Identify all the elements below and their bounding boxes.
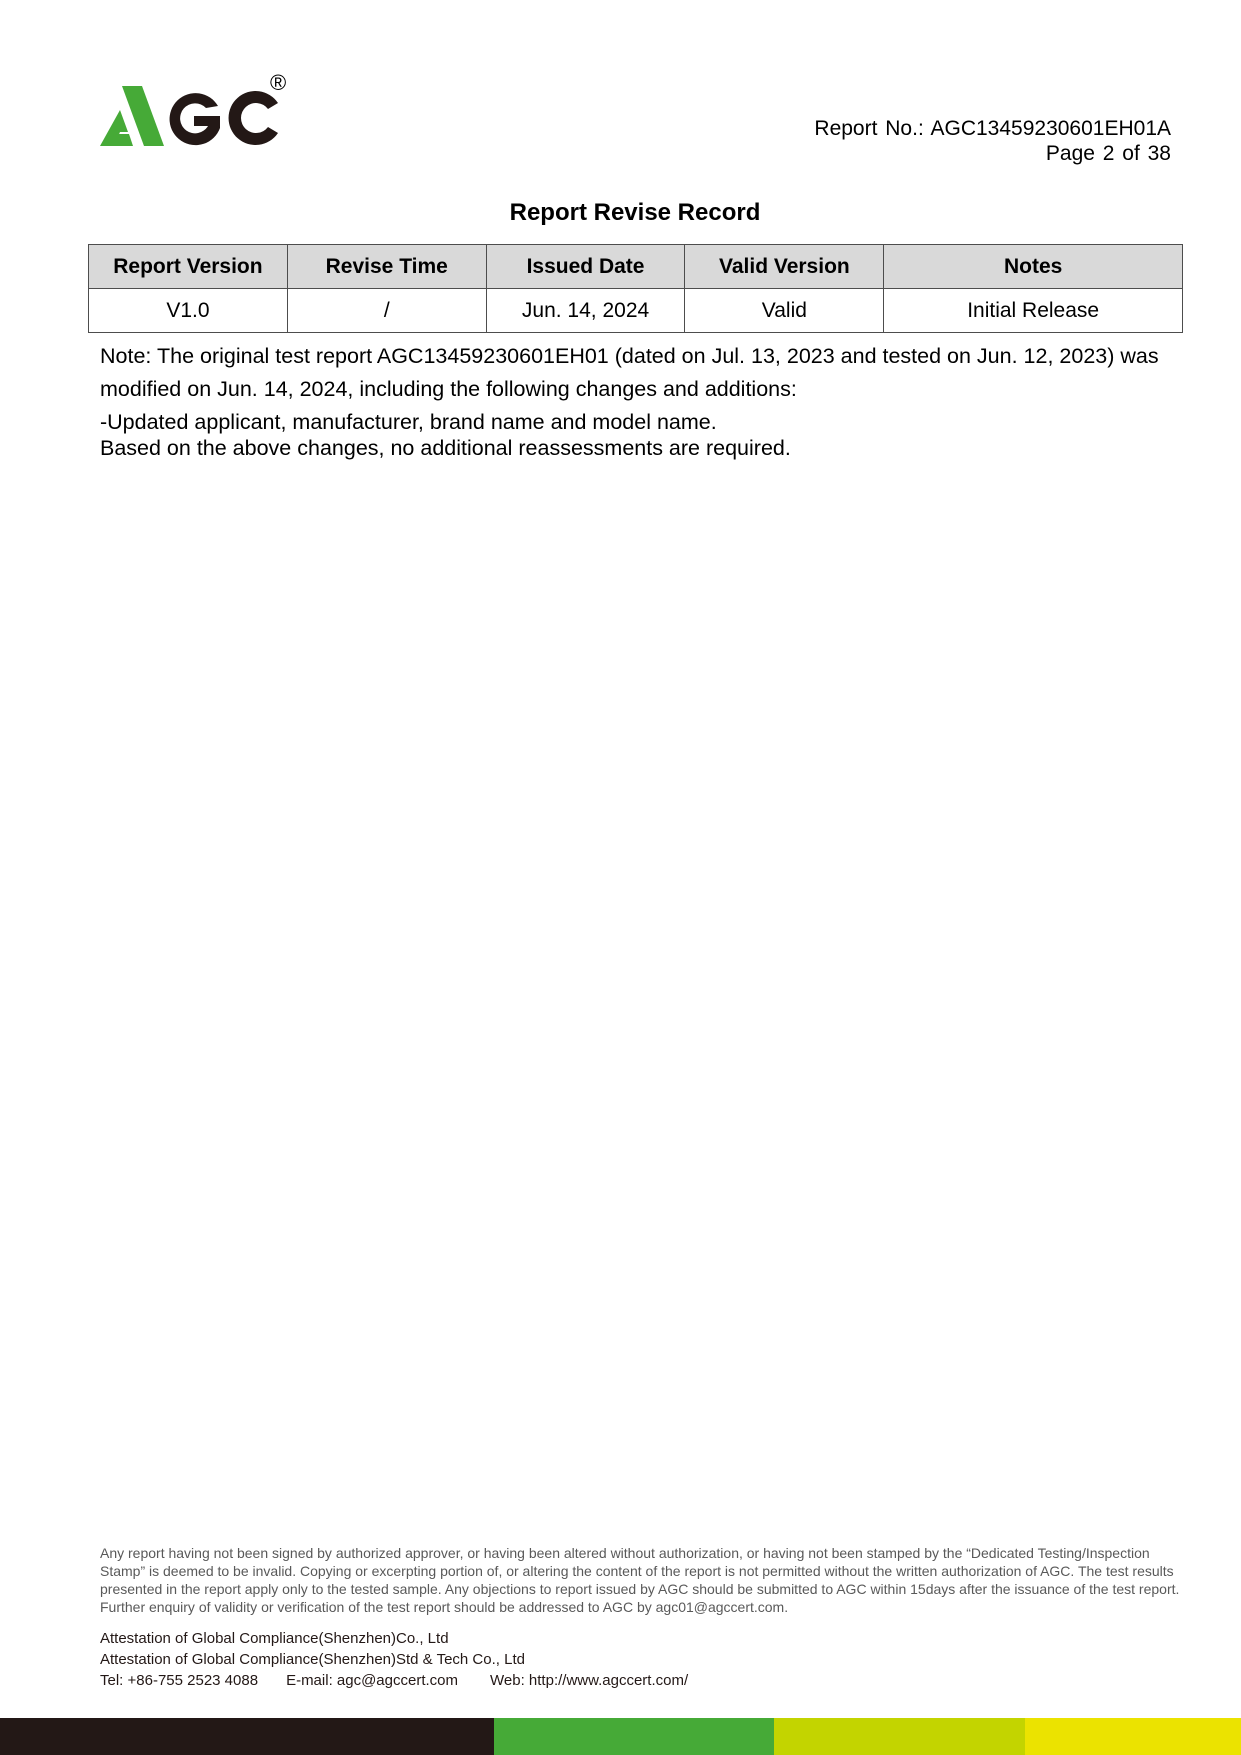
table-cell: Jun. 14, 2024 — [486, 289, 685, 333]
report-number: Report No.: AGC13459230601EH01A — [814, 116, 1171, 141]
report-number-label: Report No.: — [814, 117, 923, 140]
report-number-block: Report No.: AGC13459230601EH01A Page 2 o… — [814, 116, 1171, 166]
note-line: -Updated applicant, manufacturer, brand … — [100, 406, 1200, 438]
company-name-2: Attestation of Global Compliance(Shenzhe… — [100, 1649, 688, 1670]
column-header: Revise Time — [287, 245, 486, 289]
table-cell: Valid — [685, 289, 884, 333]
footer-disclaimer: Any report having not been signed by aut… — [100, 1544, 1190, 1616]
bar-segment-lime — [774, 1718, 1025, 1755]
revision-note: Note: The original test report AGC134592… — [100, 340, 1200, 458]
revise-record-table: Report Version Revise Time Issued Date V… — [88, 244, 1183, 333]
agc-logo-mark — [98, 76, 298, 152]
page-indicator: Page 2 of 38 — [814, 141, 1171, 166]
registered-mark: ® — [270, 70, 286, 96]
disclaimer-line: Stamp” is deemed to be invalid. Copying … — [100, 1562, 1190, 1580]
disclaimer-line: Any report having not been signed by aut… — [100, 1544, 1190, 1562]
table-cell: V1.0 — [89, 289, 288, 333]
column-header: Issued Date — [486, 245, 685, 289]
table-cell: / — [287, 289, 486, 333]
table-row: V1.0 / Jun. 14, 2024 Valid Initial Relea… — [89, 289, 1183, 333]
company-name-1: Attestation of Global Compliance(Shenzhe… — [100, 1628, 688, 1649]
company-info: Attestation of Global Compliance(Shenzhe… — [100, 1628, 688, 1691]
column-header: Notes — [884, 245, 1183, 289]
website-link[interactable]: Web: http://www.agccert.com/ — [490, 1670, 688, 1691]
disclaimer-line: presented in the report apply only to th… — [100, 1580, 1190, 1598]
page-title: Report Revise Record — [0, 199, 1241, 227]
note-line: Note: The original test report AGC134592… — [100, 340, 1200, 373]
report-number-value: AGC13459230601EH01A — [930, 117, 1171, 140]
disclaimer-line: Further enquiry of validity or verificat… — [100, 1598, 1190, 1616]
bar-segment-dark — [0, 1718, 494, 1755]
email-link[interactable]: E-mail: agc@agccert.com — [286, 1670, 458, 1691]
note-line: modified on Jun. 14, 2024, including the… — [100, 373, 1200, 406]
bar-segment-yellow — [1025, 1718, 1241, 1755]
table-header-row: Report Version Revise Time Issued Date V… — [89, 245, 1183, 289]
brand-color-bar — [0, 1718, 1241, 1755]
column-header: Report Version — [89, 245, 288, 289]
note-line: Based on the above changes, no additiona… — [100, 438, 1200, 458]
column-header: Valid Version — [685, 245, 884, 289]
bar-segment-green — [494, 1718, 774, 1755]
contact-line: Tel: +86-755 2523 4088E-mail: agc@agccer… — [100, 1670, 688, 1691]
telephone: Tel: +86-755 2523 4088 — [100, 1670, 258, 1691]
agc-logo: ® — [98, 76, 298, 152]
table-cell: Initial Release — [884, 289, 1183, 333]
